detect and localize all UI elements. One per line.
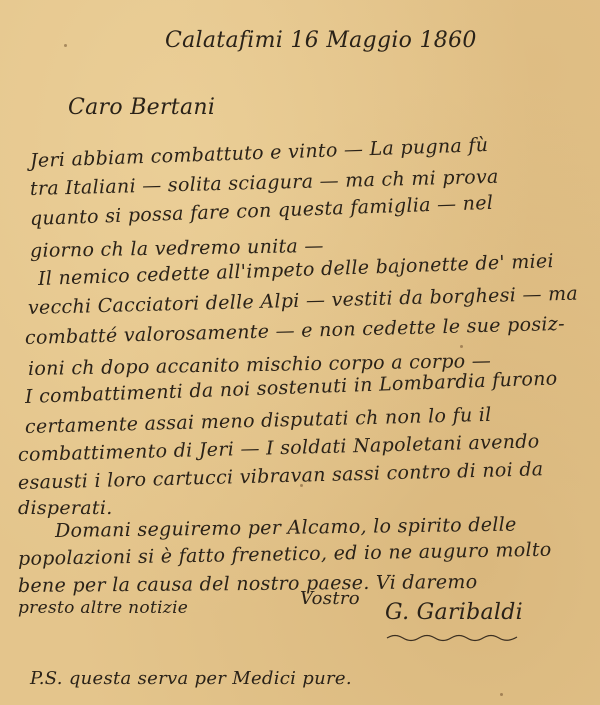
body-line: bene per la causa del nostro paese. Vi d… xyxy=(18,571,478,597)
body-line: Domani seguiremo per Alcamo, lo spirito … xyxy=(55,514,517,542)
body-line: popolazioni si è fatto frenetico, ed io … xyxy=(18,539,552,570)
place-date: Calatafimi 16 Maggio 1860 xyxy=(165,28,477,53)
signature: G. Garibaldi xyxy=(385,600,523,625)
body-line: Jeri abbiam combattuto e vinto — La pugn… xyxy=(30,134,489,172)
paper-spot xyxy=(460,345,463,348)
paper-spot xyxy=(300,484,303,487)
paper-spot xyxy=(64,44,67,47)
letter-page: Calatafimi 16 Maggio 1860 Caro Bertani J… xyxy=(0,0,600,705)
body-line: presto altre notizie xyxy=(18,598,188,618)
paper-spot xyxy=(500,693,503,696)
body-line: giorno ch la vedremo unita — xyxy=(30,235,324,262)
signature-flourish xyxy=(385,632,520,642)
body-line: vecchi Cacciatori delle Alpi — vestiti d… xyxy=(28,283,579,319)
body-line: combatté valorosamente — e non cedette l… xyxy=(25,313,565,349)
body-line: disperati. xyxy=(18,497,113,519)
salutation: Caro Bertani xyxy=(68,95,215,120)
postscript: P.S. questa serva per Medici pure. xyxy=(30,668,352,689)
closing: Vostro xyxy=(300,588,360,609)
